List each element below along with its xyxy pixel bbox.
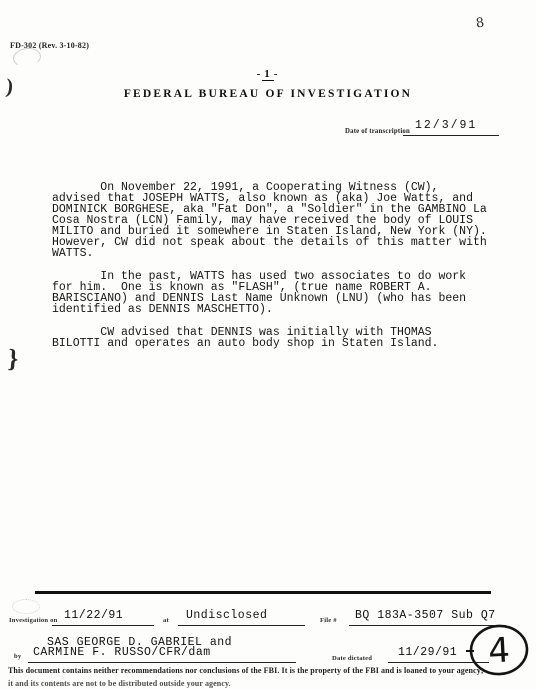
document-body: On November 22, 1991, a Cooperating Witn… bbox=[52, 182, 504, 361]
investigation-on-label: Investigation on bbox=[9, 617, 57, 624]
agent-signature-value: CARMINE F. RUSSO/CFR/dam bbox=[28, 646, 296, 663]
body-paragraph-1: On November 22, 1991, a Cooperating Witn… bbox=[52, 182, 504, 259]
faint-bottom-circle-mark bbox=[12, 599, 40, 614]
handwritten-top-right-mark: 8 bbox=[475, 15, 485, 31]
file-number-label: File # bbox=[320, 617, 337, 624]
body-paragraph-3: CW advised that DENNIS was initially wit… bbox=[52, 327, 504, 349]
investigation-date-value: 11/22/91 bbox=[52, 609, 154, 626]
disclaimer-line-1: This document contains neither recommend… bbox=[8, 666, 530, 675]
date-of-transcription-label: Date of transcription bbox=[345, 128, 410, 135]
date-of-transcription-value: 12/3/91 bbox=[403, 119, 499, 136]
date-dictated-label: Date dictated bbox=[332, 655, 372, 662]
disclaimer-line-2: it and its contents are not to be distri… bbox=[8, 679, 530, 688]
document-title: FEDERAL BUREAU OF INVESTIGATION bbox=[0, 88, 536, 100]
location-value: Undisclosed bbox=[178, 609, 305, 626]
separator-rule bbox=[35, 591, 491, 594]
page-number-post: - bbox=[274, 68, 280, 80]
scanned-document-page: FD-302 (Rev. 3-10-82) ) 8 -1- FEDERAL BU… bbox=[0, 0, 536, 690]
page-number: -1- bbox=[0, 68, 536, 80]
at-label: at bbox=[163, 617, 169, 624]
body-paragraph-2: In the past, WATTS has used two associat… bbox=[52, 271, 504, 315]
handwritten-brace-mark: } bbox=[7, 344, 19, 375]
page-number-value: 1 bbox=[262, 68, 274, 81]
by-label: by bbox=[14, 653, 21, 660]
